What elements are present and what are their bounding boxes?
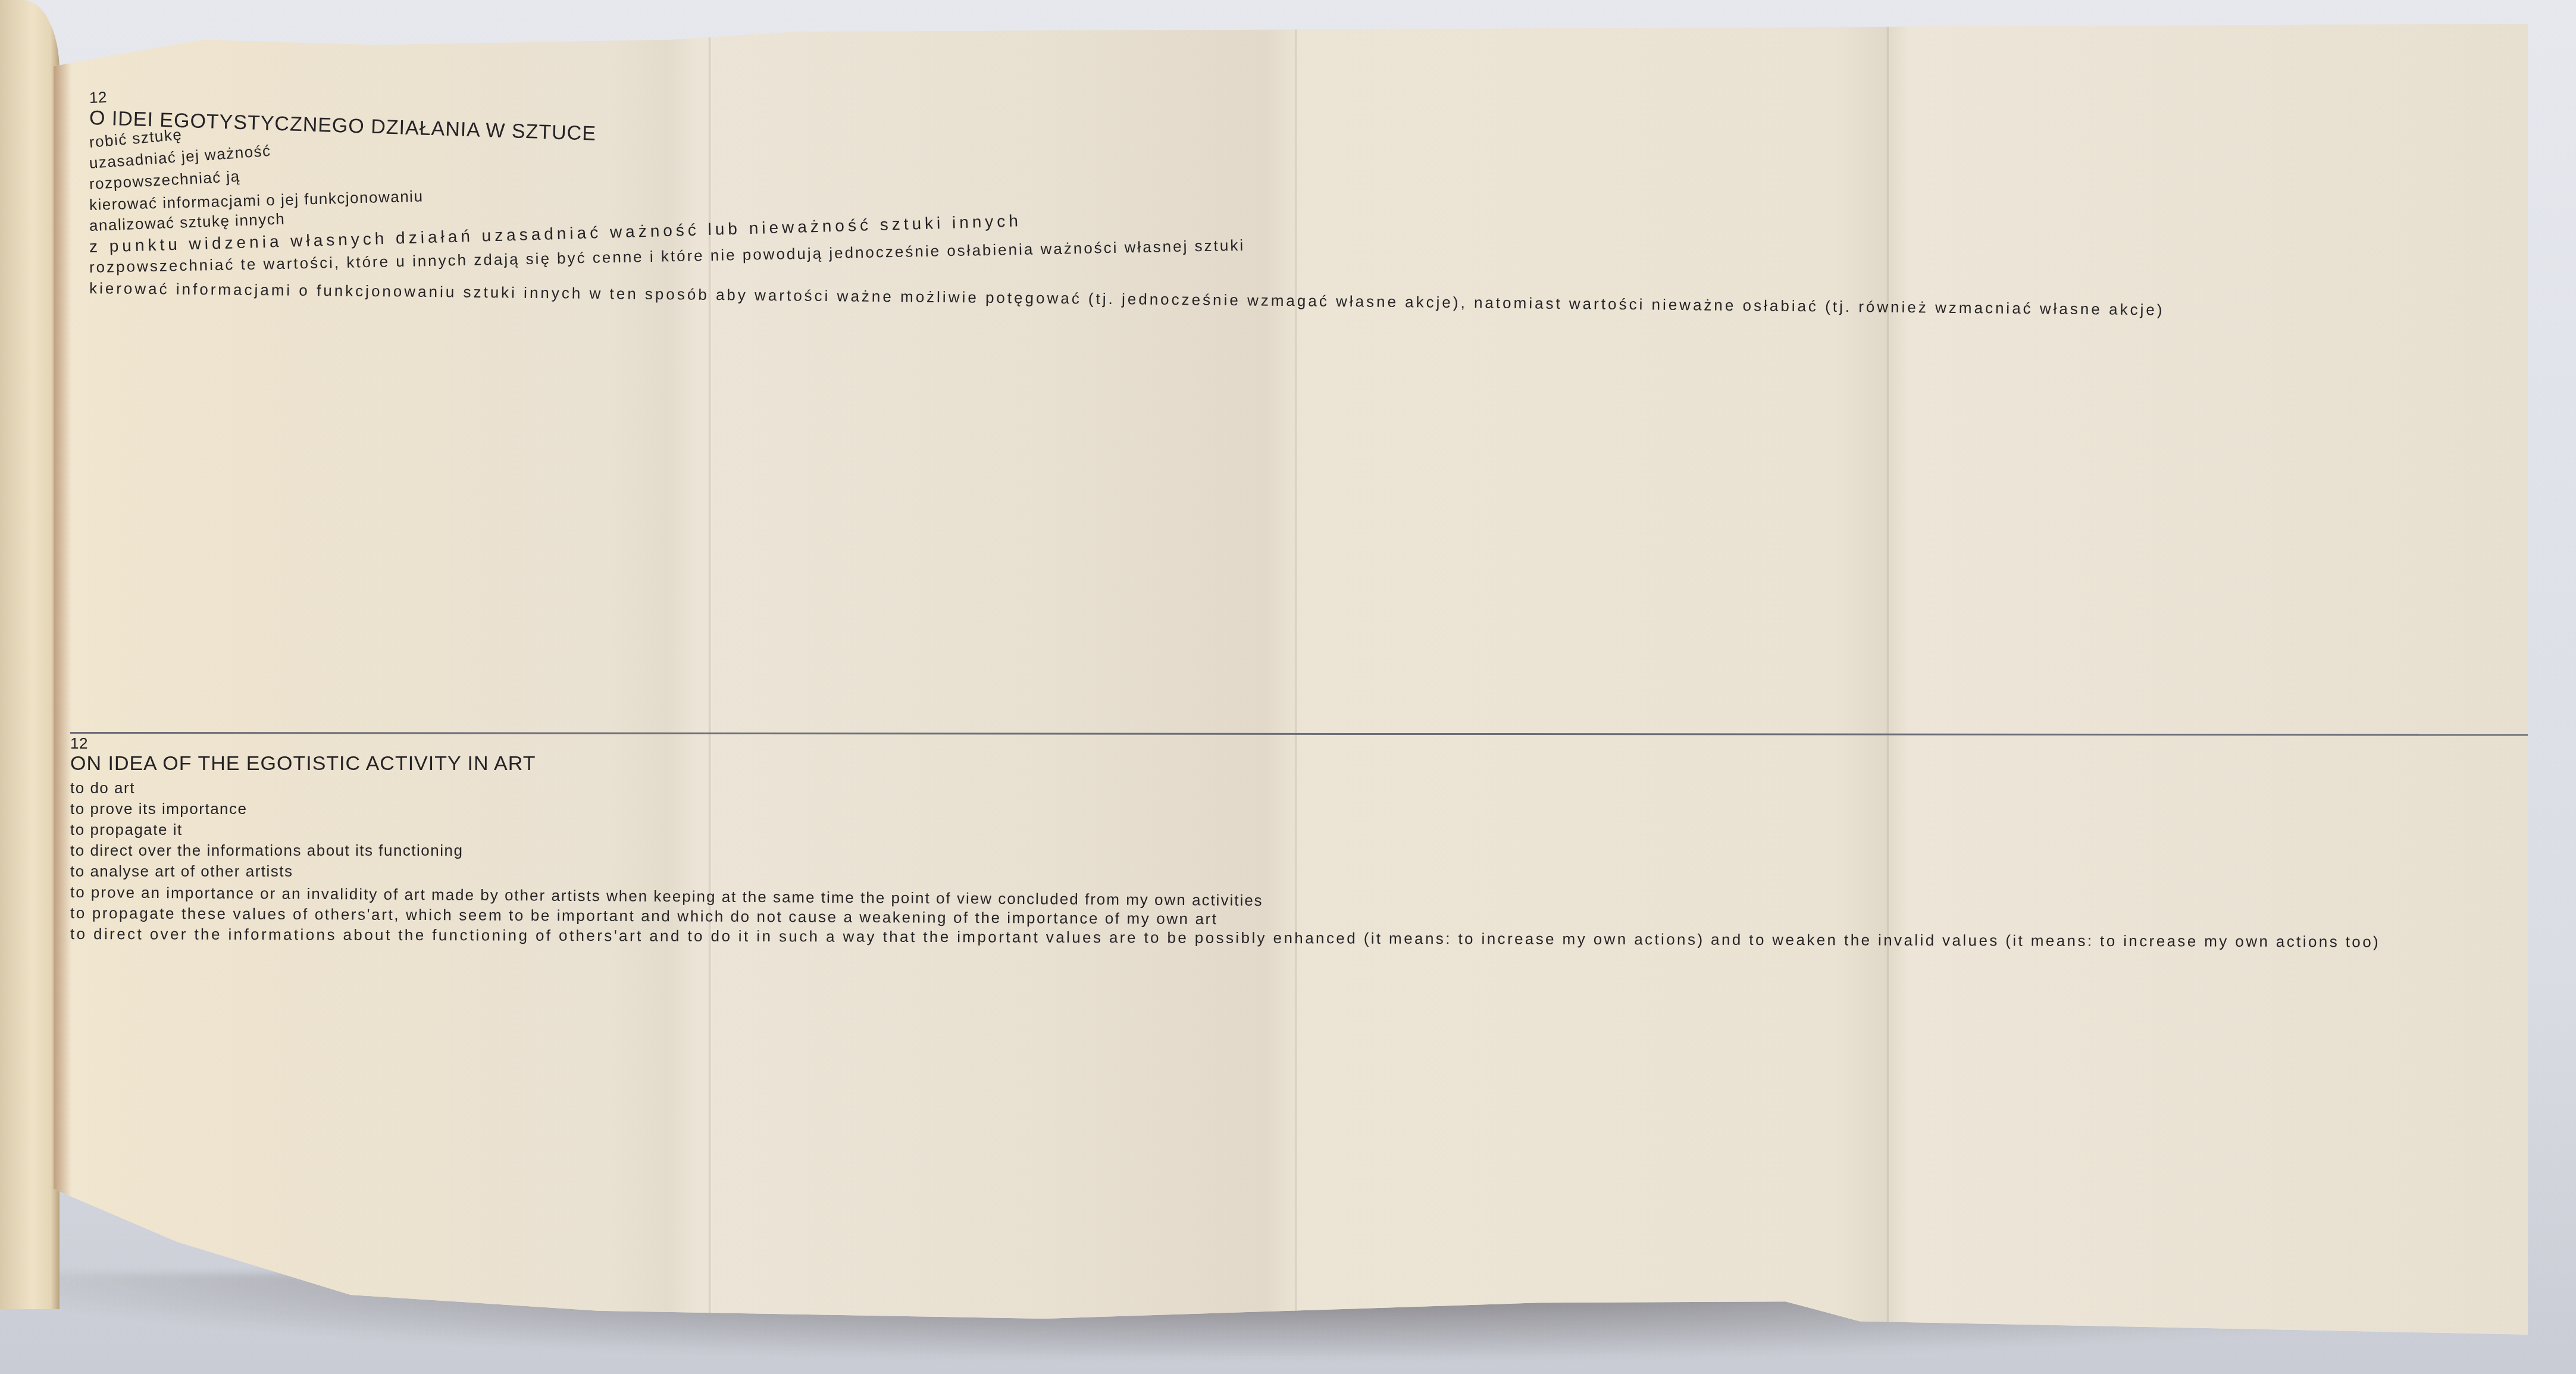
polish-section: 12 O IDEI EGOTYSTYCZNEGO DZIAŁANIA W SZT… <box>89 89 2165 299</box>
section-number: 12 <box>70 735 2380 752</box>
foldout-sheet: 12 O IDEI EGOTYSTYCZNEGO DZIAŁANIA W SZT… <box>54 24 2528 1348</box>
text-line: to propagate it <box>70 819 2380 840</box>
book-spine-shadow <box>54 48 71 1276</box>
section-title: ON IDEA OF THE EGOTISTIC ACTIVITY IN ART <box>70 752 2380 775</box>
book-left-page <box>0 0 60 1309</box>
text-line: to prove its importance <box>70 799 2380 819</box>
text-line: to analyse art of other artists <box>70 861 2380 882</box>
english-section: 12 ON IDEA OF THE EGOTISTIC ACTIVITY IN … <box>70 735 2380 944</box>
text-line: to direct over the informations about it… <box>70 840 2380 861</box>
text-line: to do art <box>70 778 2380 799</box>
